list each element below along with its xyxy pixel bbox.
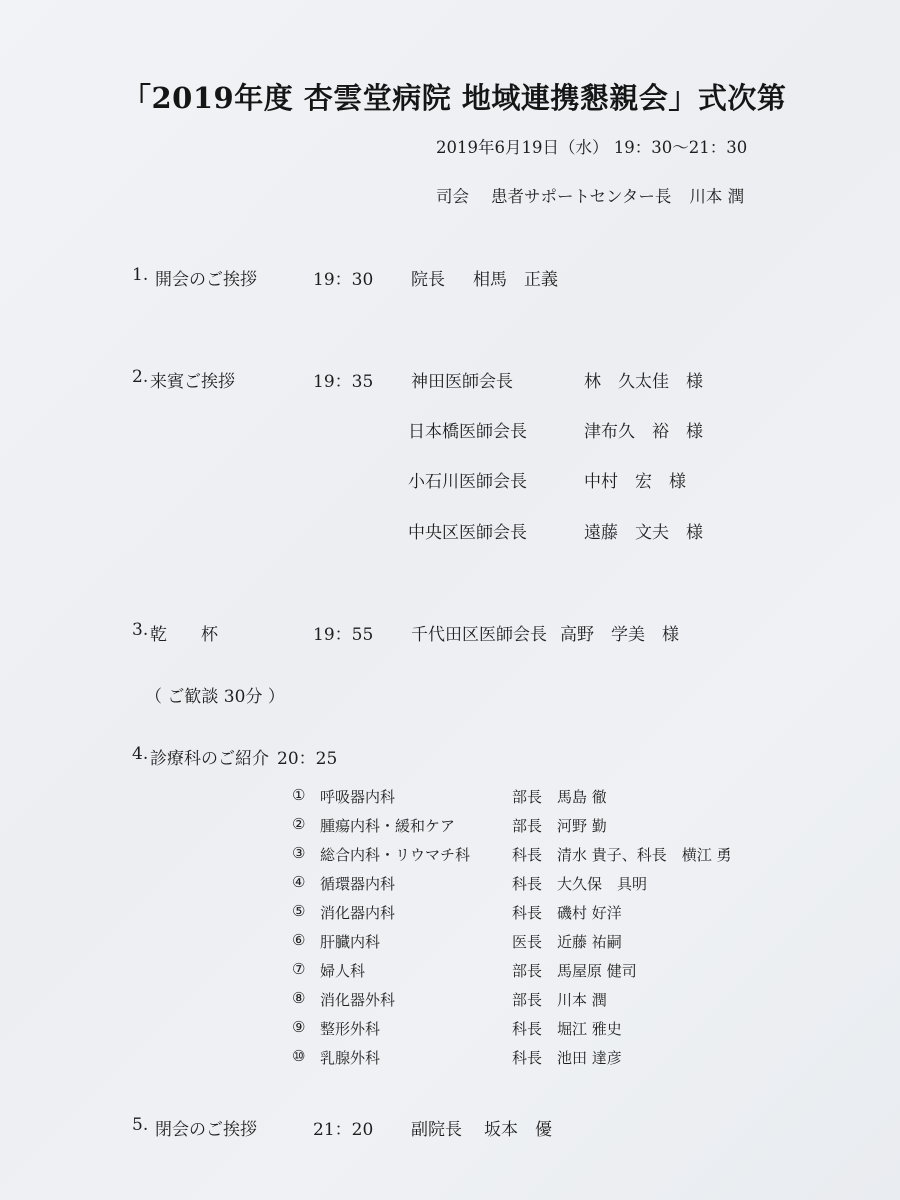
guest-name: 遠藤 文夫 様: [584, 518, 703, 543]
dept-name: 腫瘍内科・緩和ケア: [320, 815, 455, 836]
speaker-name: 相馬 正義: [473, 265, 558, 290]
dept-name: 整形外科: [320, 1018, 380, 1039]
dept-name: 乳腺外科: [320, 1047, 380, 1068]
speaker-role: 副院長: [411, 1115, 462, 1140]
dept-head: 科長 磯村 好洋: [512, 902, 622, 923]
mc-role: 患者サポートセンター長: [491, 187, 671, 206]
speaker-role: 千代田区医師会長: [411, 620, 547, 645]
item-number: 3.: [132, 620, 148, 640]
dept-head: 医長 近藤 祐嗣: [512, 931, 622, 952]
guest-role: 中央区医師会長: [408, 518, 527, 543]
guest-role: 小石川医師会長: [408, 467, 527, 492]
dept-head: 部長 馬屋原 健司: [512, 960, 637, 981]
dept-name: 循環器内科: [320, 873, 395, 894]
dept-number: ③: [292, 844, 305, 862]
dept-name: 呼吸器内科: [320, 786, 395, 807]
document-title: 「2019年度 杏雲堂病院 地域連携懇親会」式次第: [122, 76, 786, 117]
dept-number: ②: [292, 815, 305, 833]
dept-head: 科長 大久保 具明: [512, 873, 647, 894]
item-number: 4.: [132, 744, 148, 764]
dept-head: 科長 清水 貴子、科長 横江 勇: [512, 844, 732, 865]
dept-number: ④: [292, 873, 305, 891]
dept-head: 科長 堀江 雅史: [512, 1018, 622, 1039]
dept-number: ⑩: [292, 1047, 305, 1065]
dept-head: 部長 川本 潤: [512, 989, 607, 1010]
social-time-note: （ ご歓談 30分 ）: [145, 682, 285, 707]
dept-name: 肝臓内科: [320, 931, 380, 952]
dept-number: ⑧: [292, 989, 305, 1007]
dept-head: 部長 馬島 徹: [512, 786, 607, 807]
item-time: 19：55: [313, 620, 373, 645]
item-number: 1.: [132, 265, 148, 285]
item-title: 来賓ご挨拶: [150, 367, 235, 392]
item-title: 乾 杯: [150, 620, 218, 645]
mc-name: 川本 潤: [689, 187, 744, 206]
item-time: 21：20: [313, 1115, 373, 1140]
guest-role: 日本橋医師会長: [408, 417, 527, 442]
item-title: 診療科のご紹介: [150, 744, 269, 769]
dept-head: 部長 河野 勤: [512, 815, 607, 836]
dept-name: 婦人科: [320, 960, 365, 981]
mc-line: 司会患者サポートセンター長川本 潤: [436, 183, 744, 207]
dept-number: ⑦: [292, 960, 305, 978]
item-time: 19：35: [313, 367, 373, 392]
speaker-name: 高野 学美 様: [560, 620, 679, 645]
dept-name: 消化器外科: [320, 989, 395, 1010]
item-number: 2.: [132, 367, 148, 387]
item-title: 開会のご挨拶: [155, 265, 257, 290]
event-date-time: 2019年6月19日（水） 19：30～21：30: [436, 134, 747, 158]
dept-number: ⑥: [292, 931, 305, 949]
guest-role: 神田医師会長: [411, 367, 513, 392]
guest-name: 林 久太佳 様: [584, 367, 703, 392]
dept-number: ⑨: [292, 1018, 305, 1036]
dept-name: 総合内科・リウマチ科: [320, 844, 470, 865]
dept-number: ①: [292, 786, 305, 804]
guest-name: 中村 宏 様: [584, 467, 686, 492]
item-time: 20：25: [277, 744, 337, 769]
item-title: 閉会のご挨拶: [155, 1115, 257, 1140]
speaker-name: 坂本 優: [484, 1115, 552, 1140]
mc-label: 司会: [436, 187, 469, 206]
item-number: 5.: [132, 1115, 148, 1135]
item-time: 19：30: [313, 265, 373, 290]
dept-name: 消化器内科: [320, 902, 395, 923]
guest-name: 津布久 裕 様: [584, 417, 703, 442]
speaker-role: 院長: [411, 265, 445, 290]
dept-head: 科長 池田 達彦: [512, 1047, 622, 1068]
dept-number: ⑤: [292, 902, 305, 920]
